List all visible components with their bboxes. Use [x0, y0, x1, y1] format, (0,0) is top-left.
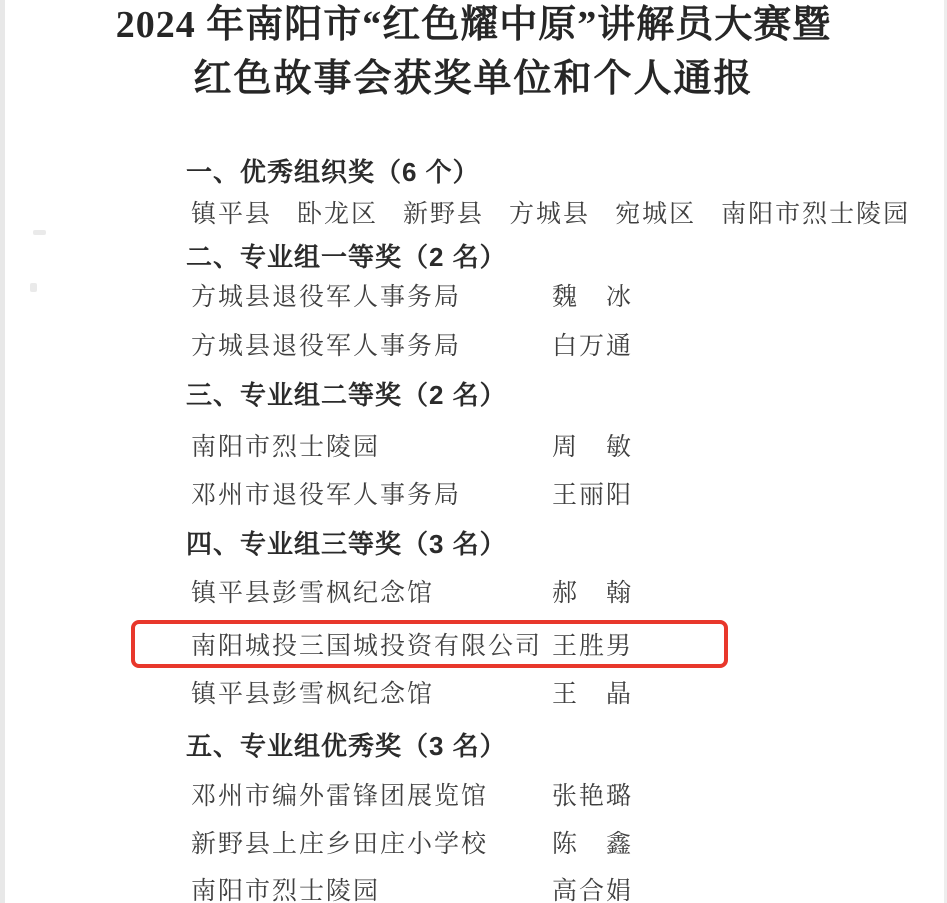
winner-organization: 南阳市烈士陵园: [191, 877, 380, 903]
winner-row: 方城县退役军人事务局 魏 冰: [0, 283, 947, 313]
scan-smudge: [33, 230, 46, 235]
winner-name: 王 晶: [552, 680, 633, 710]
winner-name: 张艳璐: [552, 782, 633, 812]
winner-row: 南阳市烈士陵园 周 敏: [0, 433, 947, 463]
org-list-item: 方城县: [509, 200, 590, 230]
document-page: 2024 年南阳市“红色耀中原”讲解员大赛暨 红色故事会获奖单位和个人通报 一、…: [0, 0, 947, 903]
section-heading-third-prize: 四、专业组三等奖（3 名）: [186, 528, 507, 560]
winner-name: 王胜男: [552, 632, 633, 662]
org-list-item: 卧龙区: [297, 200, 378, 230]
org-list-item: 宛城区: [615, 200, 696, 230]
winner-name: 周 敏: [552, 433, 633, 463]
winner-row: 南阳市烈士陵园 高合娟: [0, 877, 947, 903]
winner-row: 邓州市退役军人事务局 王丽阳: [0, 481, 947, 511]
organization-award-list: 镇平县 卧龙区 新野县 方城县 宛城区 南阳市烈士陵园: [191, 200, 910, 230]
section-heading-second-prize: 三、专业组二等奖（2 名）: [186, 379, 507, 411]
winner-row: 邓州市编外雷锋团展览馆 张艳璐: [0, 782, 947, 812]
winner-organization: 方城县退役军人事务局: [191, 283, 461, 313]
winner-organization: 南阳城投三国城投资有限公司: [191, 632, 542, 662]
winner-organization: 镇平县彭雪枫纪念馆: [191, 579, 434, 609]
winner-row: 镇平县彭雪枫纪念馆 王 晶: [0, 680, 947, 710]
winner-organization: 新野县上庄乡田庄小学校: [191, 830, 488, 860]
winner-organization: 邓州市编外雷锋团展览馆: [191, 782, 488, 812]
winner-row: 方城县退役军人事务局 白万通: [0, 332, 947, 362]
winner-organization: 镇平县彭雪枫纪念馆: [191, 680, 434, 710]
winner-name: 陈 鑫: [552, 830, 633, 860]
winner-row-highlighted: 南阳城投三国城投资有限公司 王胜男: [0, 632, 947, 662]
winner-row: 镇平县彭雪枫纪念馆 郝 翰: [0, 579, 947, 609]
winner-organization: 方城县退役军人事务局: [191, 332, 461, 362]
winner-row: 新野县上庄乡田庄小学校 陈 鑫: [0, 830, 947, 860]
org-list-item: 镇平县: [191, 200, 272, 230]
winner-name: 王丽阳: [552, 481, 633, 511]
winner-name: 白万通: [552, 332, 633, 362]
winner-organization: 南阳市烈士陵园: [191, 433, 380, 463]
section-heading-excellence-prize: 五、专业组优秀奖（3 名）: [186, 730, 507, 762]
section-heading-first-prize: 二、专业组一等奖（2 名）: [186, 241, 507, 273]
winner-name: 郝 翰: [552, 579, 633, 609]
winner-name: 魏 冰: [552, 283, 633, 313]
org-list-item: 南阳市烈士陵园: [721, 200, 910, 230]
winner-name: 高合娟: [552, 877, 633, 903]
org-list-item: 新野县: [403, 200, 484, 230]
document-title-line-1: 2024 年南阳市“红色耀中原”讲解员大赛暨: [0, 2, 947, 48]
section-heading-organization-award: 一、优秀组织奖（6 个）: [186, 156, 480, 188]
winner-organization: 邓州市退役军人事务局: [191, 481, 461, 511]
document-title-line-2: 红色故事会获奖单位和个人通报: [0, 56, 947, 102]
